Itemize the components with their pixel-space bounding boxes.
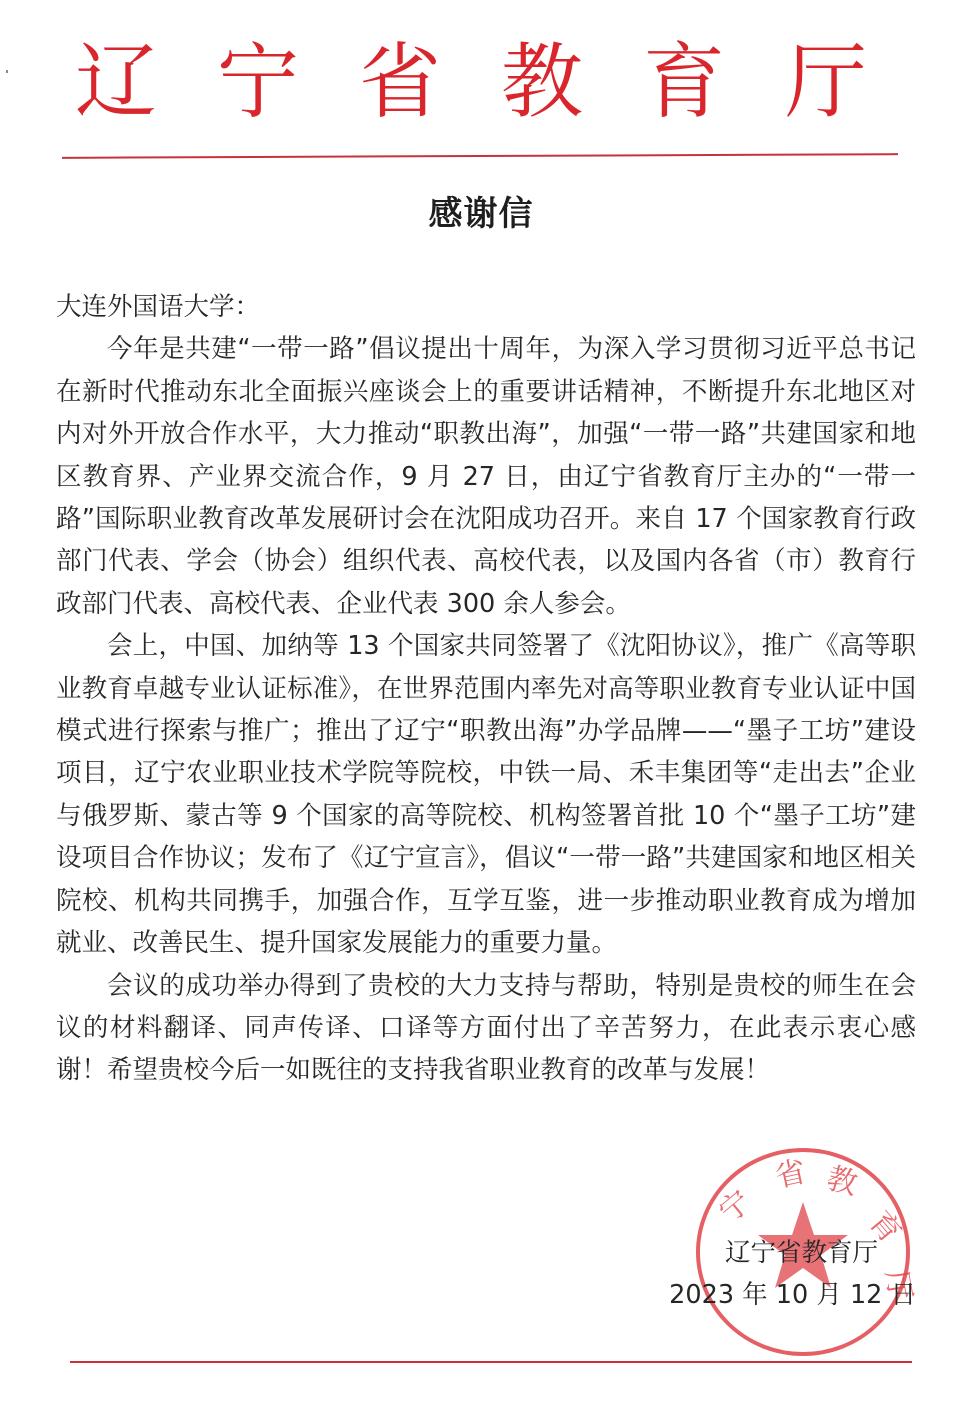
svg-text:教: 教: [823, 1161, 861, 1203]
signature-date: 2023 年 10 月 12 日: [669, 1274, 916, 1316]
document-title: 感谢信: [0, 186, 962, 235]
footer-divider: [70, 1361, 912, 1363]
signature-block: 辽宁省教育厅 2023 年 10 月 12 日: [669, 1232, 916, 1316]
svg-text:省: 省: [772, 1154, 809, 1194]
signature-organization: 辽宁省教育厅: [669, 1232, 916, 1274]
letter-body: 大连外国语大学： 今年是共建“一带一路”倡议提出十周年，为深入学习贯彻习近平总书…: [56, 286, 916, 1092]
letterhead-issuer: 辽宁省教育厅: [0, 38, 962, 128]
paragraph-2: 会上，中国、加纳等 13 个国家共同签署了《沈阳协议》，推广《高等职业教育卓越专…: [56, 625, 916, 964]
paragraph-3: 会议的成功举办得到了贵校的大力支持与帮助，特别是贵校的师生在会议的材料翻译、同声…: [56, 965, 916, 1092]
letterhead-divider: [62, 153, 898, 159]
paragraph-1: 今年是共建“一带一路”倡议提出十周年，为深入学习贯彻习近平总书记在新时代推动东北…: [56, 328, 916, 625]
svg-text:宁: 宁: [713, 1184, 758, 1230]
salutation: 大连外国语大学：: [56, 286, 916, 328]
